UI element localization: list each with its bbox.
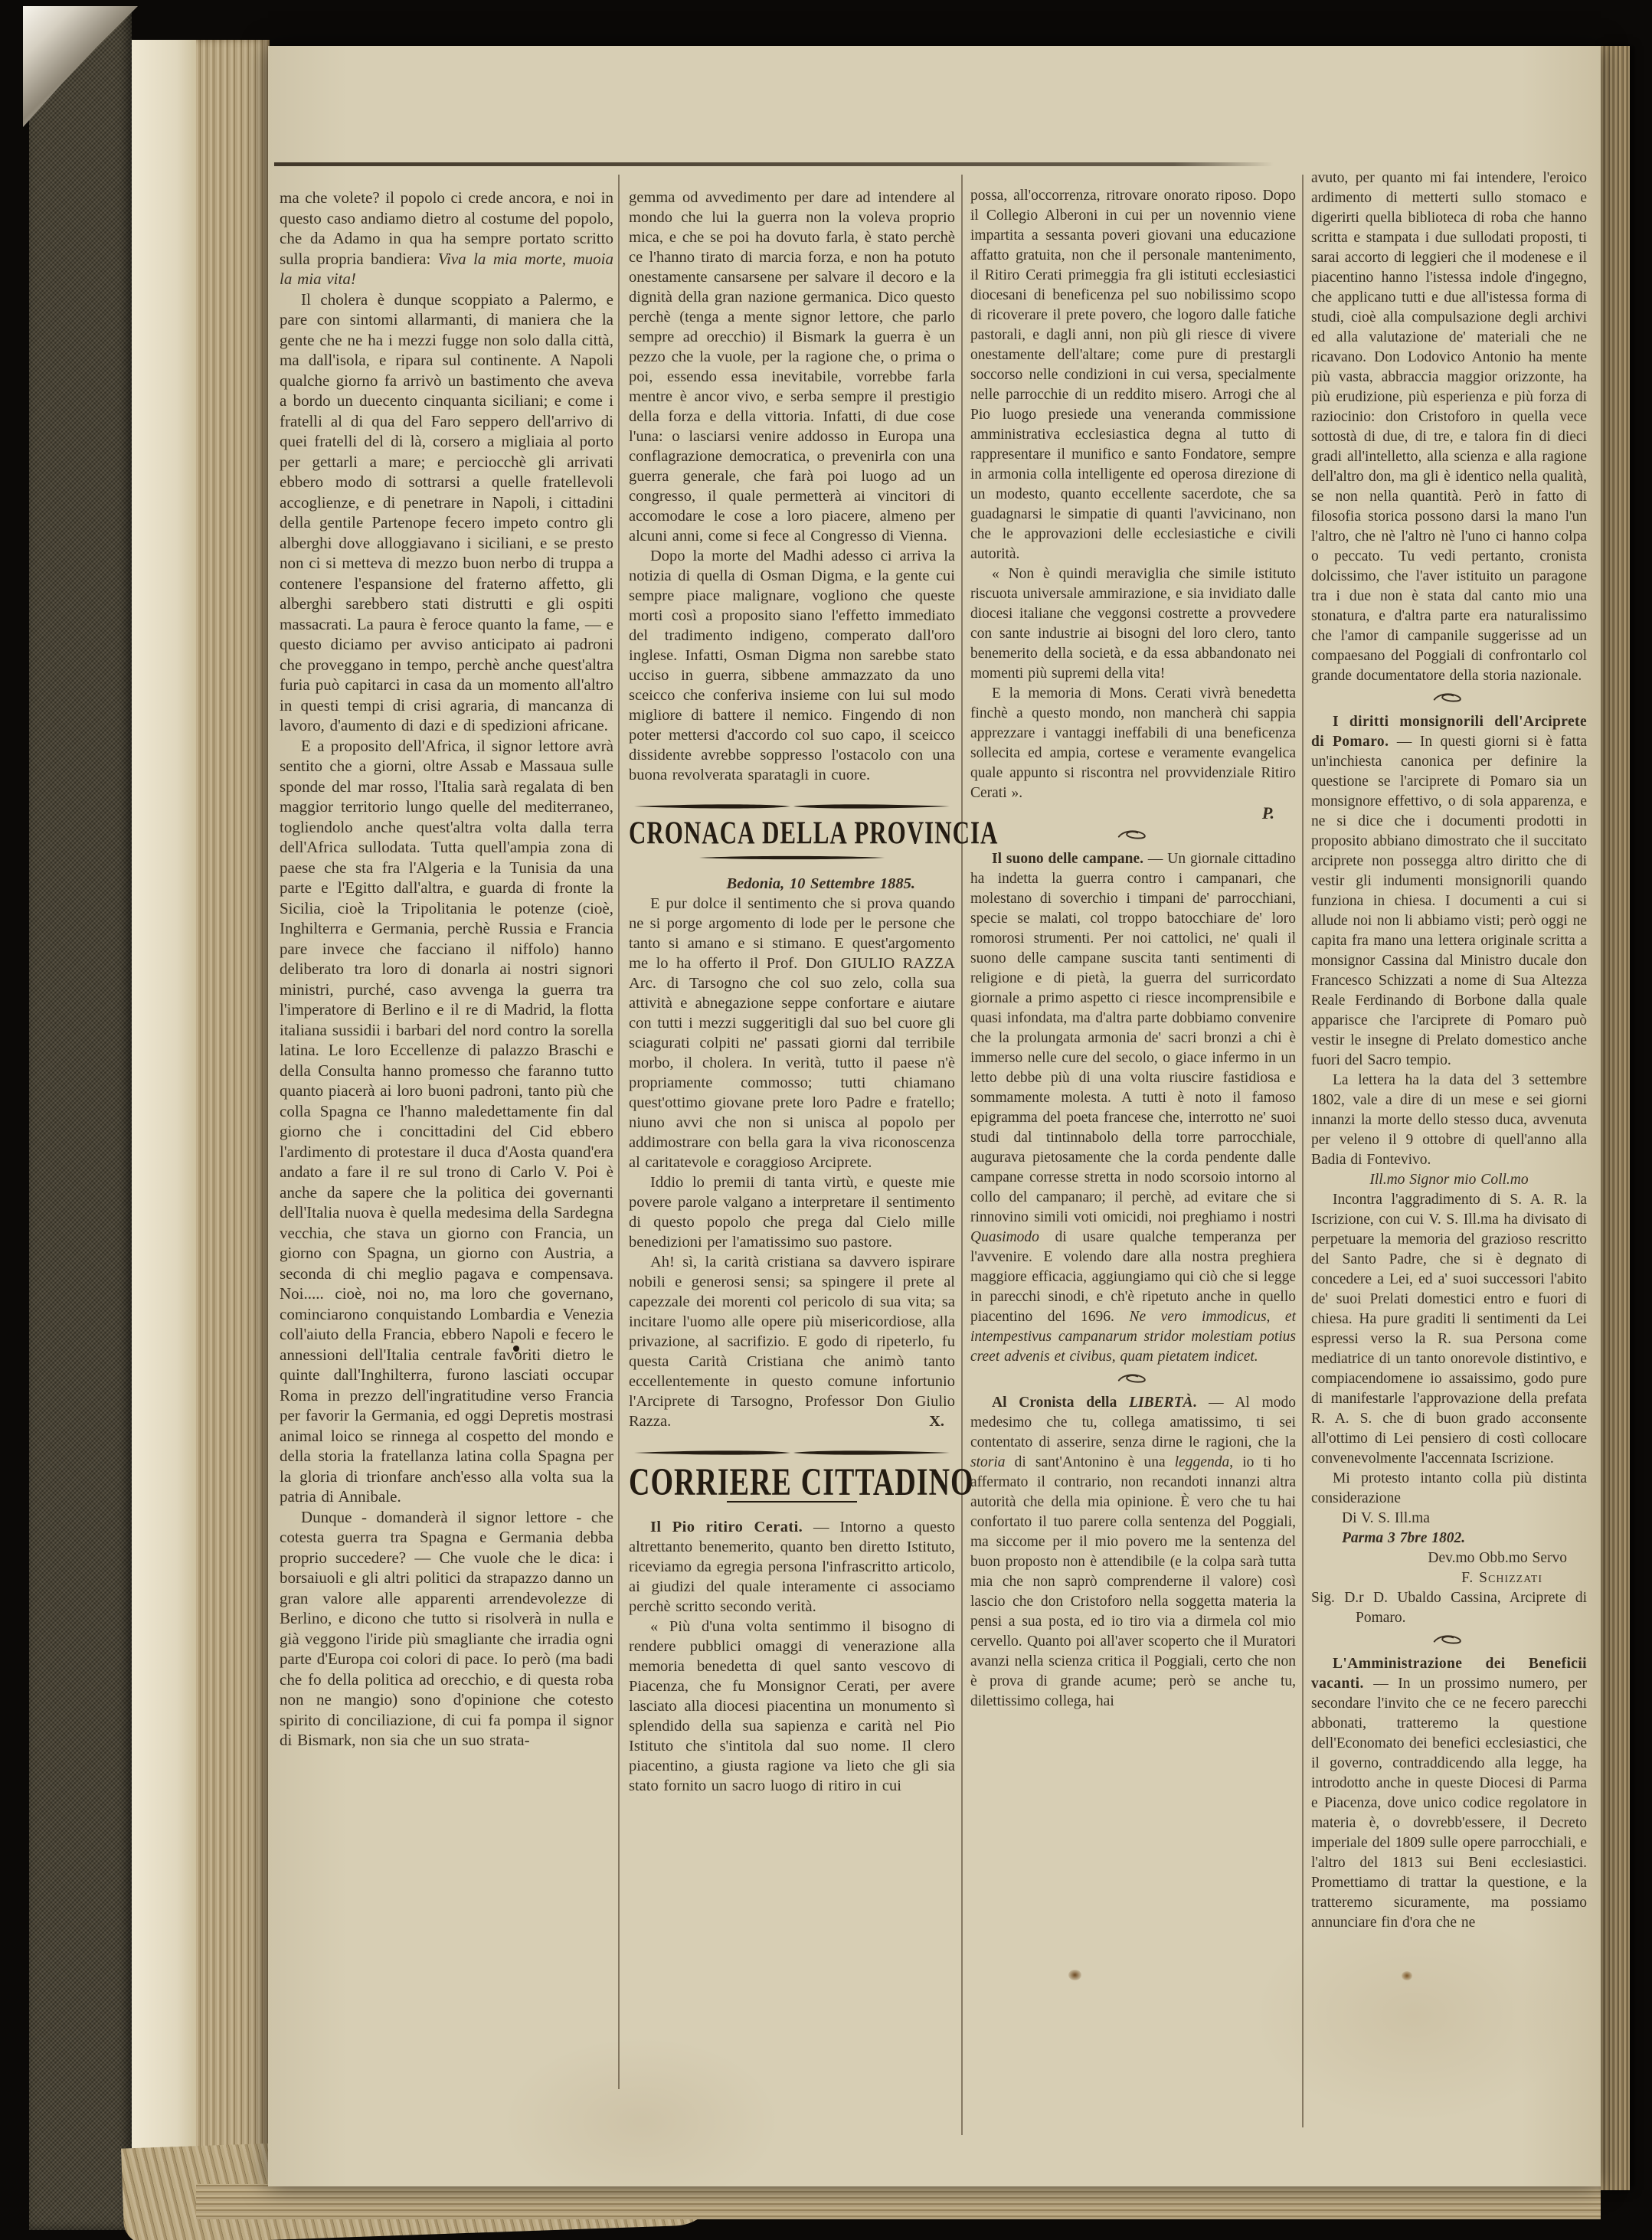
column-2: gemma od avvedimento per dare ad intende… [629,188,955,1796]
paragraph: L'Amministrazione dei Beneficii vacanti.… [1311,1654,1587,1933]
column-divider-2 [961,175,963,2135]
page-top-edge-shadow [274,162,1274,166]
scanned-newspaper-page: ma che volete? il popolo ci crede ancora… [0,0,1652,2240]
letter-closing: Dev.mo Obb.mo Servo [1311,1548,1587,1568]
page-edges-bottom [196,2184,1601,2219]
letter-salutation: Ill.mo Signor mio Coll.mo [1311,1170,1587,1190]
article-lead-text: — In questi giorni si è fatta un'inchies… [1311,734,1587,1068]
book-cover-edge [29,8,132,2230]
paragraph: Il cholera è dunque scoppiato a Palermo,… [280,289,613,736]
paragraph: Il Pio ritiro Cerati. — Intorno a questo… [629,1517,955,1617]
article-lead-text: — In un prossimo numero, per secondare l… [1311,1676,1587,1931]
separator-flourish-icon [1311,1633,1587,1653]
paragraph: Al Cronista della LIBERTÀ. — Al modo med… [970,1393,1296,1712]
letter-signature: F. Schizzati [1311,1568,1587,1588]
column-1: ma che volete? il popolo ci crede ancora… [280,188,613,1751]
correspondent-signature: P. [970,803,1296,823]
paragraph: E a proposito dell'Africa, il signor let… [280,736,613,1507]
underlying-page-edge [132,40,196,2207]
paragraph: Dunque - domanderà il signor lettore - c… [280,1507,613,1751]
section-title-cronaca: CRONACA DELLA PROVINCIA [629,819,955,846]
dateline: Bedonia, 10 Settembre 1885. [629,874,955,894]
paragraph: possa, all'occorrenza, ritrovare onorato… [970,186,1296,564]
page-edges-stack [196,40,270,2215]
paragraph: gemma od avvedimento per dare ad intende… [629,188,955,546]
paragraph: I diritti monsignorili dell'Arciprete di… [1311,712,1587,1071]
separator-flourish-icon [970,1372,1296,1391]
paragraph: avuto, per quanto mi fai intendere, l'er… [1311,168,1587,686]
separator-flourish-icon [1311,691,1587,711]
paper-stain [1402,1971,1412,1980]
paragraph: Ah! sì, la carità cristiana sa davvero i… [629,1252,955,1431]
article-lead: Il Pio ritiro Cerati. [650,1519,803,1535]
letter-body: Incontra l'aggradimento di S. A. R. la I… [1311,1190,1587,1469]
paper-stain [1068,1970,1081,1980]
letter-addressee: Sig. D.r D. Ubaldo Cassina, Arciprete di… [1311,1588,1587,1628]
paragraph: Il suono delle campane. — Un giornale ci… [970,849,1296,1367]
column-3: possa, all'occorrenza, ritrovare onorato… [970,186,1296,1712]
tapered-rule [629,796,955,816]
paragraph: La lettera ha la data del 3 settembre 18… [1311,1071,1587,1170]
paragraph: E pur dolce il sentimento che si prova q… [629,894,955,1172]
column-divider-3 [1302,175,1304,2127]
tapered-rule [629,1442,955,1462]
paragraph: « Non è quindi meraviglia che simile ist… [970,564,1296,684]
paragraph: Iddio lo premii di tanta virtù, e queste… [629,1172,955,1252]
right-fore-edge [1601,46,1630,2190]
paragraph: Dopo la morte del Madhi adesso ci arriva… [629,546,955,785]
letter-body: Mi protesto intanto colla più distinta c… [1311,1469,1587,1509]
paragraph: ma che volete? il popolo ci crede ancora… [280,188,613,289]
paragraph: « Più d'una volta sentimmo il bisogno di… [629,1617,955,1796]
separator-flourish-icon [970,828,1296,848]
paragraph: E la memoria di Mons. Cerati vivrà bened… [970,684,1296,803]
letter-line: Di V. S. Ill.ma [1311,1509,1587,1529]
correspondent-signature: X. [629,1411,955,1431]
newspaper-page: ma che volete? il popolo ci crede ancora… [268,46,1601,2186]
section-title-corriere: CORRIERE CITTADINO [629,1469,955,1496]
letter-date: Parma 3 7bre 1802. [1311,1529,1587,1548]
column-divider-1 [618,175,620,2089]
column-4: avuto, per quanto mi fai intendere, l'er… [1311,168,1587,1933]
